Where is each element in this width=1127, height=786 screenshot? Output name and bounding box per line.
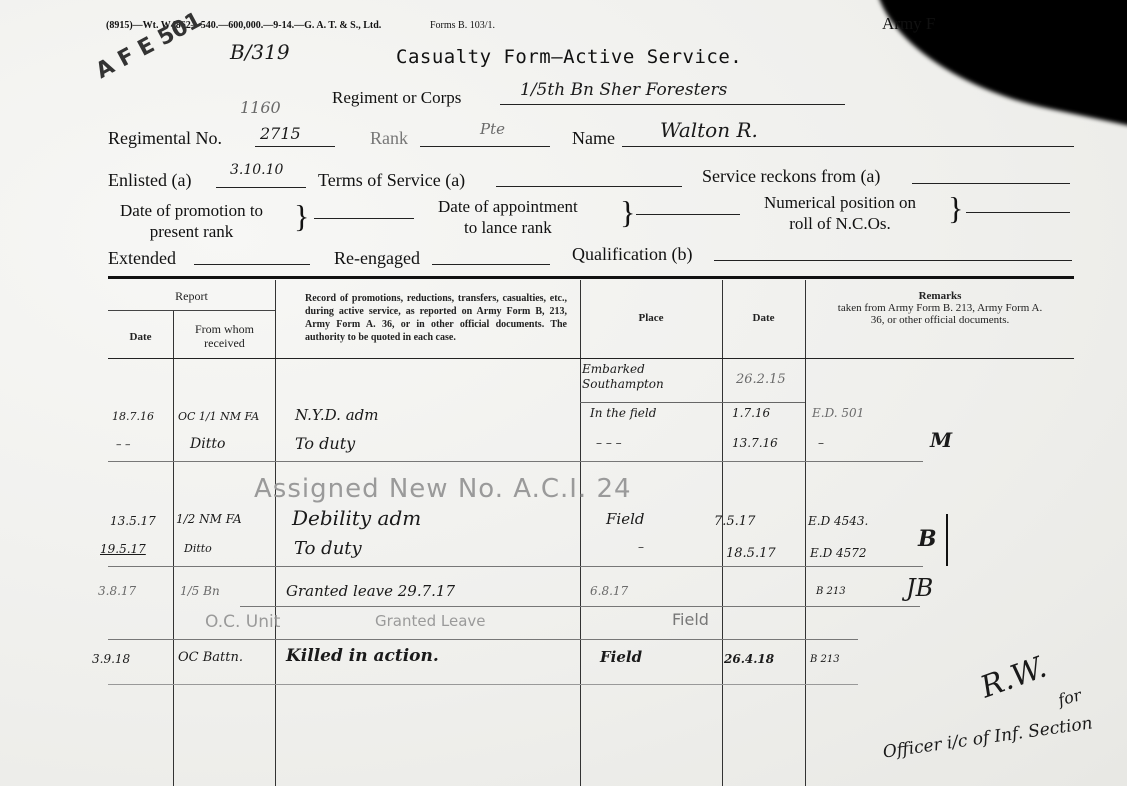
extended-label: Extended (108, 248, 176, 269)
rank-line (420, 146, 550, 147)
header-bottom-rule (108, 358, 1074, 359)
header-place: Place (580, 312, 722, 324)
terms-of-service-label: Terms of Service (a) (318, 170, 465, 191)
regimental-number-value[interactable]: 2715 (260, 124, 301, 143)
row-rule (240, 606, 920, 607)
row-3-remarks: E.D 4543. (808, 514, 868, 528)
col-divider (275, 280, 276, 786)
nco-position-line (966, 212, 1070, 213)
enlisted-value[interactable]: 3.10.10 (230, 162, 283, 178)
row-6-remarks: B 213 (810, 654, 840, 665)
extended-line (194, 264, 310, 265)
promotion-label-line-1: Date of promotion to (120, 200, 263, 221)
row-4-from: Ditto (184, 542, 212, 555)
signature-initials: JB (906, 574, 933, 602)
qualification-line (714, 260, 1072, 261)
header-remarks: Remarks taken from Army Form B. 213, Arm… (830, 290, 1050, 326)
row-6-record: Killed in action. (286, 646, 439, 666)
regiment-label: Regiment or Corps (332, 88, 461, 108)
row-1-record: N.Y.D. adm (295, 406, 378, 424)
regiment-line (500, 104, 845, 105)
regimental-number-line (255, 146, 335, 147)
rank-label: Rank (370, 128, 408, 149)
header-date: Date (108, 331, 173, 343)
report-subheader-rule (108, 310, 275, 311)
bracket-mark (946, 514, 948, 566)
lance-label-line-1: Date of appointment (438, 196, 578, 217)
file-reference-2: 1160 (240, 98, 281, 117)
signature-for: for (1056, 685, 1083, 709)
service-reckons-label: Service reckons from (a) (702, 166, 880, 187)
nco-position-label: Numerical position on roll of N.C.Os. (764, 192, 916, 234)
row-5-record: Granted leave 29.7.17 (286, 582, 455, 600)
re-engaged-line (432, 264, 550, 265)
row-6-from: OC Battn. (178, 650, 243, 665)
row-rule (108, 684, 858, 685)
initials-m: M (930, 428, 952, 452)
row-3-date2: 7.5.17 (714, 514, 755, 529)
row-5-from: 1/5 Bn (180, 584, 220, 598)
row-2-from: Ditto (190, 436, 225, 452)
brace: } (294, 198, 309, 235)
print-line: (8915)—Wt. W4862—540.—600,000.—9-14.—G. … (106, 20, 381, 31)
row-2-date2: 13.7.16 (732, 436, 778, 450)
casualty-form-page: (8915)—Wt. W4862—540.—600,000.—9-14.—G. … (0, 0, 1127, 786)
row-2-place: – – – (596, 436, 622, 450)
row-3-record: Debility adm (292, 506, 421, 530)
row-rule (108, 461, 923, 462)
name-value[interactable]: Walton R. (660, 118, 758, 142)
army-form-label: Army F (882, 14, 935, 34)
row-rule (580, 402, 805, 403)
row-rule (108, 639, 858, 640)
lance-label-line-2: to lance rank (438, 217, 578, 238)
field-stamp: Field (672, 610, 709, 629)
row-0-place: Embarked Southampton (582, 362, 720, 392)
terms-of-service-line (496, 186, 682, 187)
col-divider (805, 280, 806, 786)
name-label: Name (572, 128, 615, 149)
header-date-2: Date (722, 312, 805, 324)
row-6-place: Field (600, 648, 642, 666)
promotion-label-line-2: present rank (120, 221, 263, 242)
col-divider (580, 280, 581, 786)
row-2-date: – – (116, 438, 131, 451)
regiment-value[interactable]: 1/5th Bn Sher Foresters (520, 80, 727, 100)
row-4-record: To duty (294, 538, 362, 559)
brace: } (948, 190, 963, 227)
assigned-number-stamp: Assigned New No. A.C.I. 24 (254, 474, 632, 504)
promotion-label: Date of promotion to present rank (120, 200, 263, 242)
brace: } (620, 194, 635, 231)
service-reckons-line (912, 183, 1070, 184)
row-2-remarks: – (818, 436, 824, 450)
row-5-date: 3.8.17 (98, 584, 136, 598)
row-5-remarks: B 213 (816, 586, 846, 597)
header-from-whom: From whom received (176, 322, 273, 350)
row-rule (108, 566, 923, 567)
lance-rank-label: Date of appointment to lance rank (438, 196, 578, 238)
row-3-date: 13.5.17 (110, 514, 156, 528)
regimental-number-label: Regimental No. (108, 128, 222, 149)
lance-rank-line (636, 214, 740, 215)
row-4-place: – (638, 540, 644, 554)
qualification-label: Qualification (b) (572, 244, 692, 265)
row-1-remarks: E.D. 501 (812, 406, 864, 420)
col-divider (722, 280, 723, 786)
name-line (622, 146, 1074, 147)
remarks-title: Remarks (830, 290, 1050, 302)
row-4-remarks: E.D 4572 (810, 546, 867, 560)
row-1-date2: 1.7.16 (732, 406, 770, 420)
row-1-date: 18.7.16 (112, 410, 154, 423)
enlisted-label: Enlisted (a) (108, 170, 191, 191)
row-5-place: 6.8.17 (590, 584, 628, 598)
header-record: Record of promotions, reductions, transf… (305, 292, 567, 344)
promotion-line (314, 218, 414, 219)
enlisted-line (216, 187, 306, 188)
re-engaged-label: Re-engaged (334, 248, 420, 269)
row-1-place: In the field (590, 406, 656, 420)
header-report: Report (108, 289, 275, 304)
nco-label-line-1: Numerical position on (764, 192, 916, 213)
row-4-date: 19.5.17 (100, 542, 146, 556)
form-reference: Forms B. 103/1. (430, 20, 495, 31)
officer-signature: R.W. (976, 650, 1051, 706)
row-3-place: Field (606, 510, 644, 528)
row-2-record: To duty (295, 434, 355, 453)
table-top-rule (108, 276, 1074, 279)
row-6-date2: 26.4.18 (724, 652, 774, 666)
col-divider (173, 310, 174, 786)
initials-b: B (918, 526, 937, 552)
form-title: Casualty Form—Active Service. (396, 46, 742, 68)
row-1-from: OC 1/1 NM FA (178, 410, 259, 423)
remarks-body: taken from Army Form B. 213, Army Form A… (830, 302, 1050, 326)
row-0-date2: 26.2.15 (736, 372, 786, 387)
row-6-date: 3.9.18 (92, 652, 130, 666)
signature-caption: Officer i/c of Inf. Section (882, 713, 1094, 762)
granted-leave-stamp: Granted Leave (375, 612, 486, 630)
oc-unit-stamp: O.C. Unit (205, 612, 280, 632)
row-3-from: 1/2 NM FA (176, 512, 242, 526)
nco-label-line-2: roll of N.C.Os. (764, 213, 916, 234)
row-4-date2: 18.5.17 (726, 546, 776, 561)
rank-value[interactable]: Pte (480, 120, 505, 138)
file-reference: B/319 (230, 40, 290, 64)
